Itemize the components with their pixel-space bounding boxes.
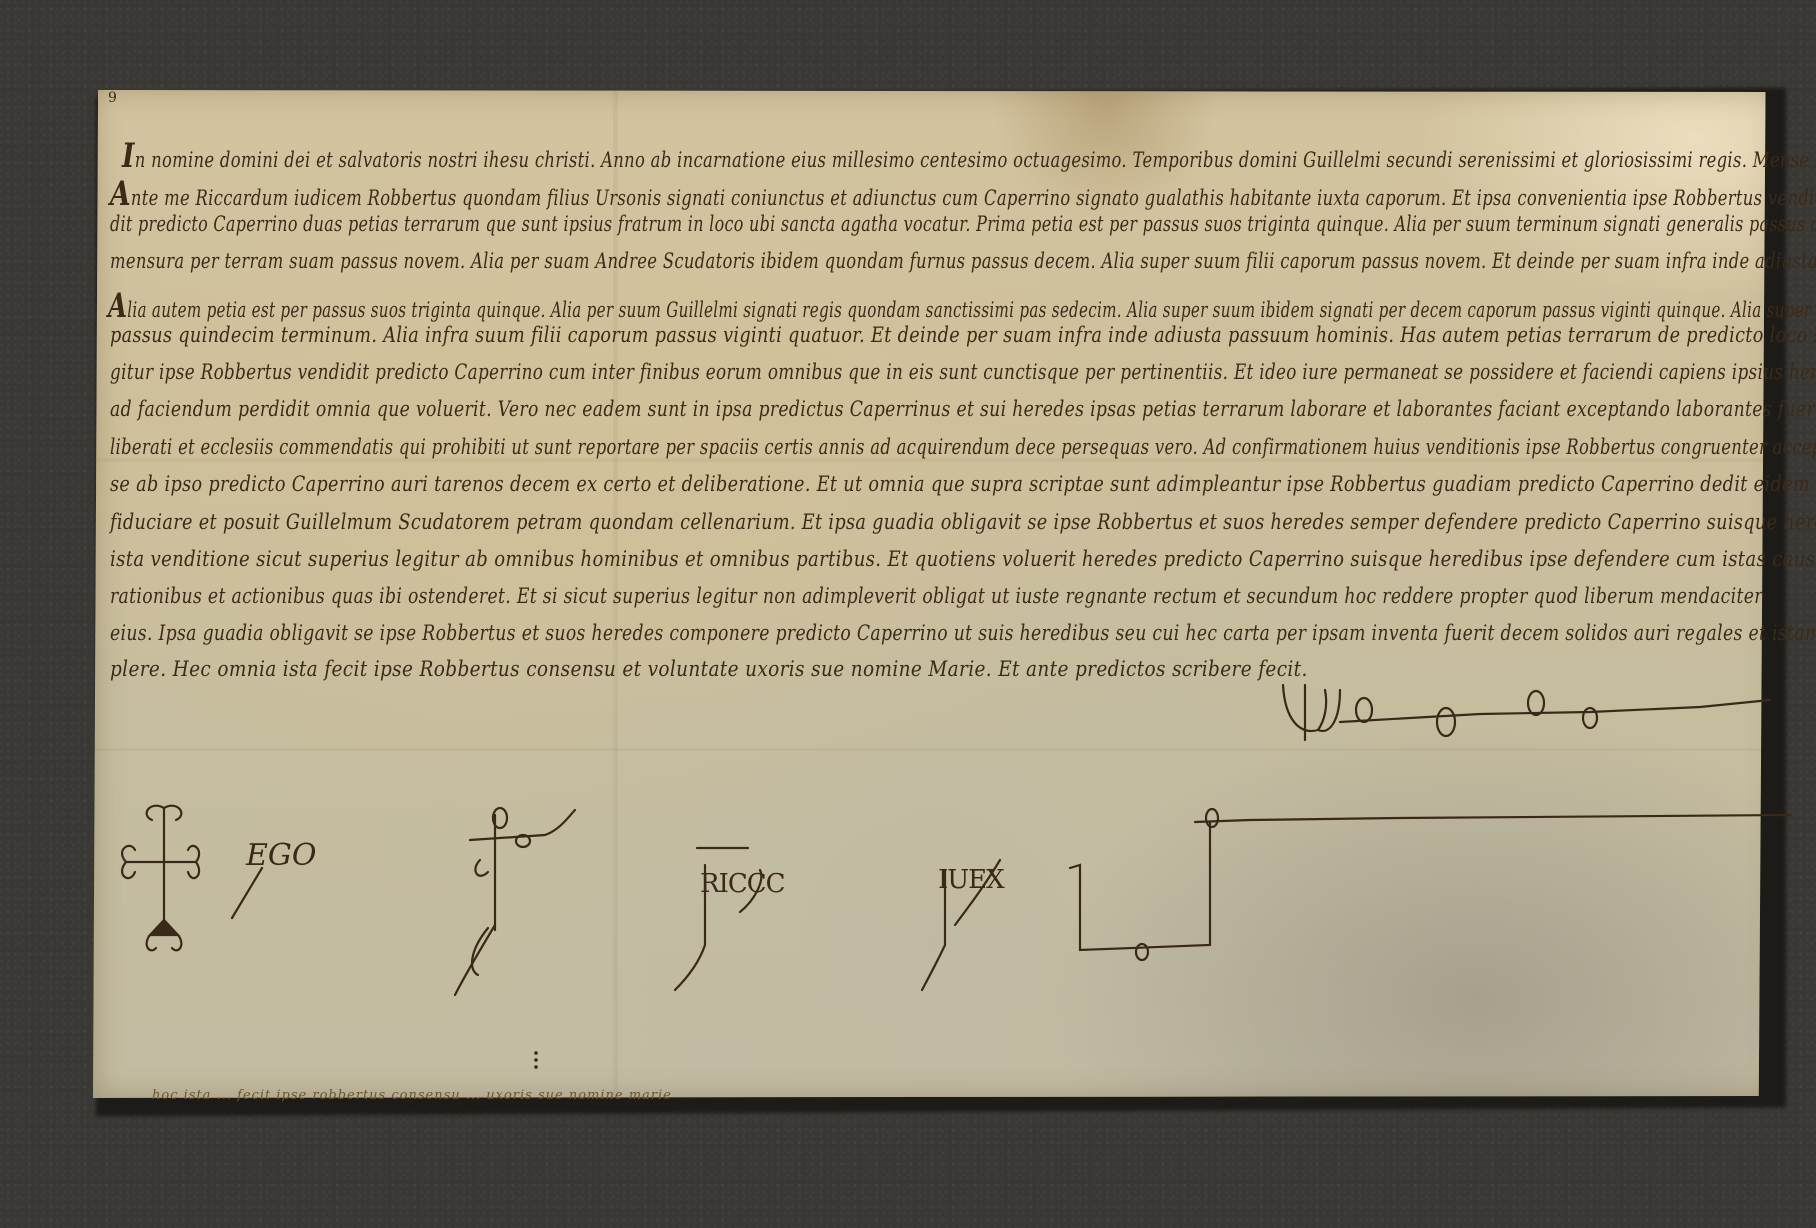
cross-signum-icon bbox=[122, 806, 199, 951]
ego-subscription: EGO bbox=[245, 838, 316, 873]
monogram-signum-icon bbox=[455, 808, 575, 995]
bottom-note: hoc ista ... fecit ipse robbertus consen… bbox=[152, 1088, 672, 1103]
riccardus-subscription: RICCC bbox=[700, 869, 785, 899]
notary-signum-icon bbox=[1070, 809, 1790, 960]
closing-flourish-icon bbox=[1283, 685, 1770, 740]
signa-and-rules: EGO RICCC IUEX bbox=[0, 0, 1816, 1228]
